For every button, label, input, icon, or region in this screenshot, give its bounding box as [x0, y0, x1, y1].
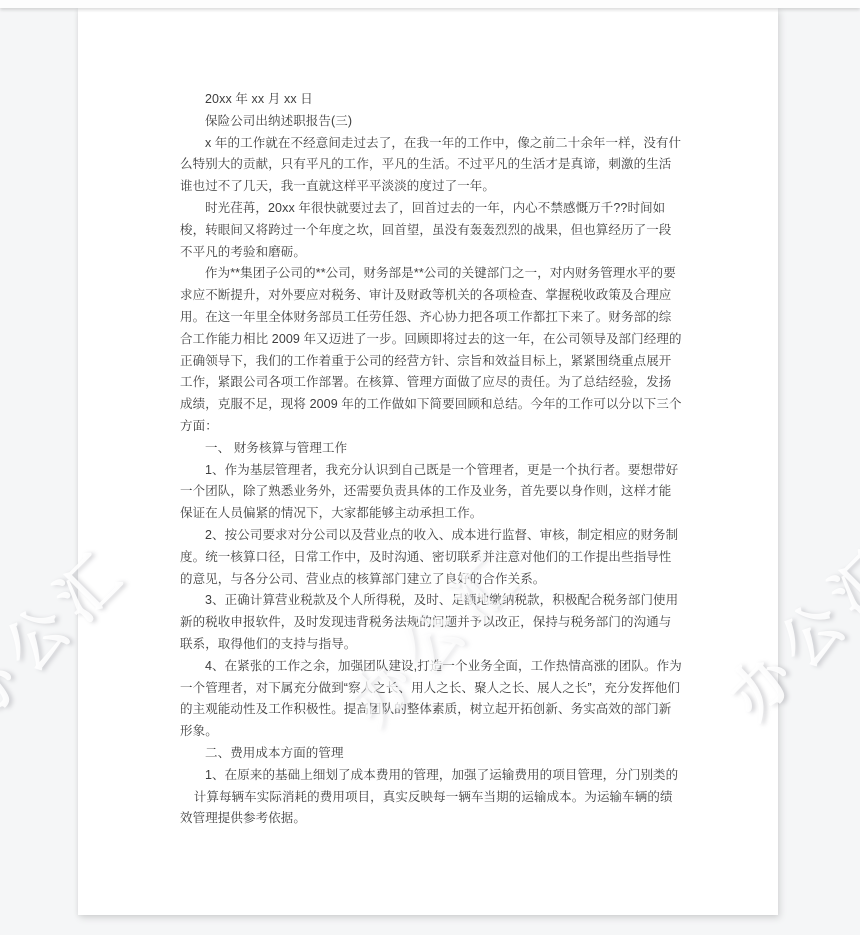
- paragraph: 作为**集团子公司的**公司，财务部是**公司的关键部门之一，对内财务管理水平的…: [180, 263, 683, 437]
- page-background: 20xx 年 xx 月 xx 日 保险公司出纳述职报告(三) x 年的工作就在不…: [0, 0, 860, 935]
- section-heading-2: 二、费用成本方面的管理: [180, 743, 683, 765]
- paragraph: 3、正确计算营业税款及个人所得税，及时、足额地缴纳税款，积极配合税务部门使用新的…: [180, 590, 683, 655]
- paragraph: 1、作为基层管理者，我充分认识到自己既是一个管理者，更是一个执行者。要想带好一个…: [180, 460, 683, 525]
- paragraph: 时光荏苒，20xx 年很快就要过去了，回首过去的一年，内心不禁感慨万千??时间如…: [180, 198, 683, 263]
- top-shadow-strip: [0, 0, 860, 8]
- section-heading-1: 一、 财务核算与管理工作: [180, 438, 683, 460]
- document-title: 保险公司出纳述职报告(三): [180, 111, 683, 133]
- document-page: 20xx 年 xx 月 xx 日 保险公司出纳述职报告(三) x 年的工作就在不…: [78, 8, 778, 915]
- paragraph: 1、在原来的基础上细划了成本费用的管理，加强了运输费用的项目管理，分门别类的: [180, 765, 683, 787]
- paragraph: x 年的工作就在不经意间走过去了，在我一年的工作中，像之前二十余年一样，没有什么…: [180, 133, 683, 198]
- paragraph: 2、按公司要求对分公司以及营业点的收入、成本进行监督、审核，制定相应的财务制度。…: [180, 525, 683, 590]
- document-body: 20xx 年 xx 月 xx 日 保险公司出纳述职报告(三) x 年的工作就在不…: [180, 89, 683, 830]
- paragraph: 4、在紧张的工作之余，加强团队建设,打造一个业务全面，工作热情高涨的团队。作为一…: [180, 656, 683, 743]
- paragraph: 计算每辆车实际消耗的费用项目，真实反映每一辆车当期的运输成本。为运输车辆的绩效管…: [180, 787, 683, 831]
- date-line: 20xx 年 xx 月 xx 日: [180, 89, 683, 111]
